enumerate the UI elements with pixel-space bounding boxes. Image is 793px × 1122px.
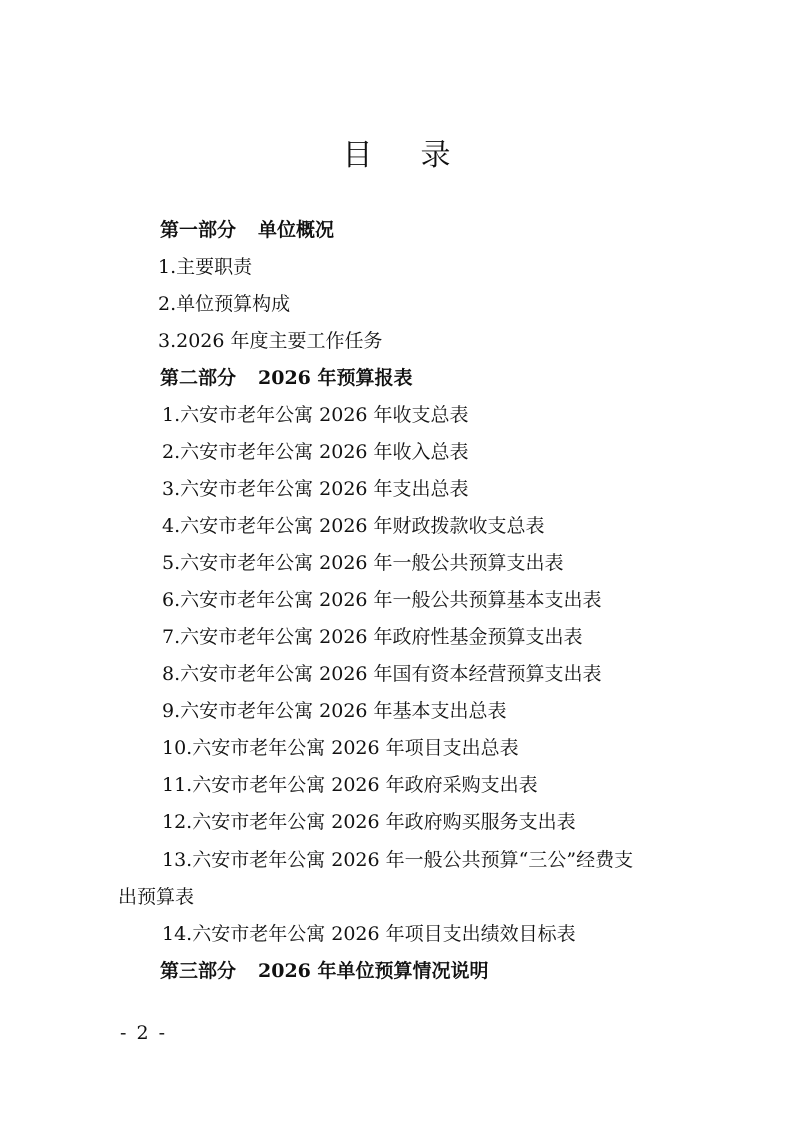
toc-item-2-3: 3.六安市老年公寓 2026 年支出总表 [162, 477, 469, 501]
toc-item-2-10: 10.六安市老年公寓 2026 年项目支出总表 [162, 736, 519, 760]
toc-item-2-5: 5.六安市老年公寓 2026 年一般公共预算支出表 [162, 551, 564, 575]
part-2-heading: 第二部分2026 年预算报表 [160, 366, 413, 390]
toc-item-1-3: 3.2026 年度主要工作任务 [158, 329, 383, 353]
part-1-heading: 第一部分单位概况 [160, 218, 334, 242]
part-1-title: 单位概况 [258, 219, 334, 241]
toc-item-2-9: 9.六安市老年公寓 2026 年基本支出总表 [162, 699, 507, 723]
toc-item-2-6: 6.六安市老年公寓 2026 年一般公共预算基本支出表 [162, 588, 602, 612]
toc-item-2-11: 11.六安市老年公寓 2026 年政府采购支出表 [162, 773, 538, 797]
page-number: - 2 - [120, 1022, 167, 1044]
toc-item-1-1: 1.主要职责 [158, 255, 252, 279]
document-page: 目录 第一部分单位概况 1.主要职责 2.单位预算构成 3.2026 年度主要工… [0, 0, 793, 1122]
toc-item-2-8: 8.六安市老年公寓 2026 年国有资本经营预算支出表 [162, 662, 602, 686]
toc-item-2-1: 1.六安市老年公寓 2026 年收支总表 [162, 403, 469, 427]
part-3-heading: 第三部分2026 年单位预算情况说明 [160, 959, 489, 983]
toc-item-2-13: 13.六安市老年公寓 2026 年一般公共预算“三公”经费支 [162, 848, 633, 872]
toc-item-2-7: 7.六安市老年公寓 2026 年政府性基金预算支出表 [162, 625, 583, 649]
toc-item-2-12: 12.六安市老年公寓 2026 年政府购买服务支出表 [162, 810, 576, 834]
toc-item-2-4: 4.六安市老年公寓 2026 年财政拨款收支总表 [162, 514, 545, 538]
part-3-title: 2026 年单位预算情况说明 [258, 960, 489, 982]
toc-item-2-14: 14.六安市老年公寓 2026 年项目支出绩效目标表 [162, 922, 576, 946]
part-2-label: 第二部分 [160, 367, 236, 389]
toc-item-1-2: 2.单位预算构成 [158, 292, 290, 316]
part-2-title: 2026 年预算报表 [258, 367, 413, 389]
toc-item-2-13-continued: 出预算表 [118, 885, 194, 909]
part-3-label: 第三部分 [160, 960, 236, 982]
page-title: 目录 [0, 130, 793, 174]
title-char-2: 录 [421, 138, 499, 173]
toc-item-2-2: 2.六安市老年公寓 2026 年收入总表 [162, 440, 469, 464]
title-char-1: 目 [343, 138, 421, 173]
part-1-label: 第一部分 [160, 219, 236, 241]
